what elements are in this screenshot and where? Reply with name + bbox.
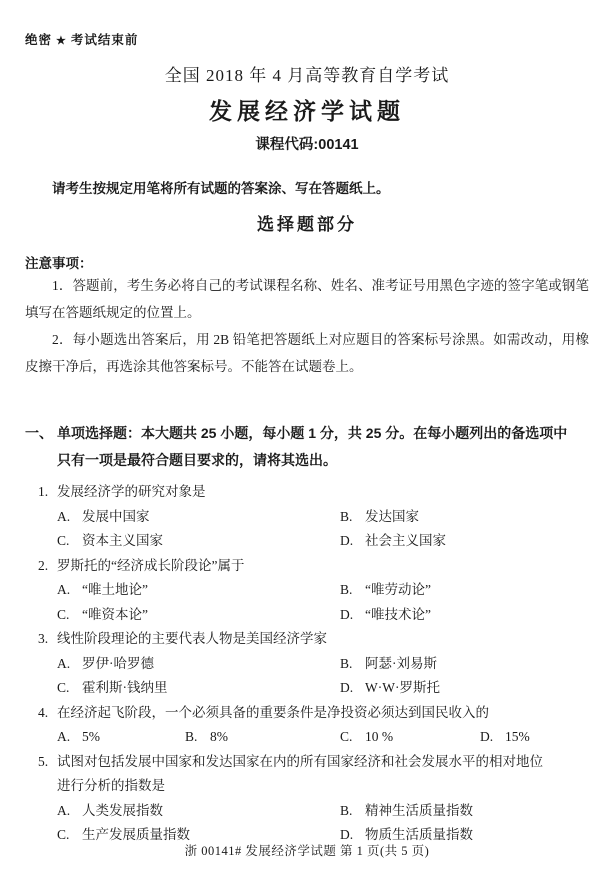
option-c: C.10 % bbox=[340, 725, 480, 750]
option-row: A.人类发展指数 B.精神生活质量指数 bbox=[57, 799, 589, 824]
note-item-1: 1．答题前，考生务必将自己的考试课程名称、姓名、准考证号用黑色字迹的签字笔或钢笔… bbox=[25, 272, 589, 326]
option-text: 罗伊·哈罗德 bbox=[82, 652, 154, 677]
option-label: D. bbox=[340, 603, 365, 628]
question-stem: 5.试图对包括发展中国家和发达国家在内的所有国家经济和社会发展水平的相对地位 bbox=[38, 750, 589, 775]
notes-title: 注意事项： bbox=[25, 252, 589, 272]
question-stem: 2.罗斯托的“经济成长阶段论”属于 bbox=[38, 554, 589, 579]
option-text: 发展中国家 bbox=[82, 505, 150, 530]
question-number: 3. bbox=[38, 627, 57, 652]
part-one-header-line2: 只有一项是最符合题目要求的，请将其选出。 bbox=[57, 447, 589, 474]
option-text: 15% bbox=[505, 725, 530, 750]
exam-paper-page: 绝密★考试结束前 全国 2018 年 4 月高等教育自学考试 发展经济学试题 课… bbox=[0, 0, 614, 877]
option-text: 霍利斯·钱纳里 bbox=[82, 676, 168, 701]
option-text: 资本主义国家 bbox=[82, 529, 163, 554]
section-title: 选择题部分 bbox=[25, 210, 589, 235]
part-one-header: 一、单项选择题：本大题共 25 小题，每小题 1 分，共 25 分。在每小题列出… bbox=[25, 420, 589, 474]
option-text: 精神生活质量指数 bbox=[365, 799, 473, 824]
option-label: B. bbox=[340, 578, 365, 603]
page-footer: 浙 00141# 发展经济学试题 第 1 页(共 5 页) bbox=[0, 841, 614, 859]
answer-sheet-instruction: 请考生按规定用笔将所有试题的答案涂、写在答题纸上。 bbox=[25, 177, 589, 197]
option-text: “唯劳动论” bbox=[365, 578, 431, 603]
option-d: D.社会主义国家 bbox=[340, 529, 446, 554]
option-label: B. bbox=[340, 799, 365, 824]
option-text: 社会主义国家 bbox=[365, 529, 446, 554]
option-row: A.罗伊·哈罗德 B.阿瑟·刘易斯 bbox=[57, 652, 589, 677]
question-2: 2.罗斯托的“经济成长阶段论”属于 A.“唯土地论” B.“唯劳动论” C.“唯… bbox=[25, 554, 589, 628]
option-label: A. bbox=[57, 505, 82, 530]
exam-title: 发展经济学试题 bbox=[25, 93, 589, 126]
option-c: C.资本主义国家 bbox=[57, 529, 340, 554]
star-icon: ★ bbox=[52, 35, 71, 47]
option-b: B.精神生活质量指数 bbox=[340, 799, 473, 824]
option-a: A.“唯土地论” bbox=[57, 578, 340, 603]
option-b: B.发达国家 bbox=[340, 505, 419, 530]
question-number: 2. bbox=[38, 554, 57, 579]
option-c: C.霍利斯·钱纳里 bbox=[57, 676, 340, 701]
option-a: A.5% bbox=[57, 725, 185, 750]
option-label: D. bbox=[340, 529, 365, 554]
option-text: “唯土地论” bbox=[82, 578, 148, 603]
option-b: B.阿瑟·刘易斯 bbox=[340, 652, 437, 677]
option-text: “唯技术论” bbox=[365, 603, 431, 628]
question-number: 1. bbox=[38, 480, 57, 505]
option-d: D.15% bbox=[480, 725, 530, 750]
option-b: B.8% bbox=[185, 725, 340, 750]
classification-label: 绝密 bbox=[25, 33, 52, 47]
option-text: W·W·罗斯托 bbox=[365, 676, 440, 701]
option-a: A.罗伊·哈罗德 bbox=[57, 652, 340, 677]
question-4: 4.在经济起飞阶段，一个必须具备的重要条件是净投资必须达到国民收入的 A.5% … bbox=[25, 701, 589, 750]
option-row: A.发展中国家 B.发达国家 bbox=[57, 505, 589, 530]
option-label: B. bbox=[185, 725, 210, 750]
option-text: 10 % bbox=[365, 725, 393, 750]
option-text: 阿瑟·刘易斯 bbox=[365, 652, 437, 677]
option-label: A. bbox=[57, 725, 82, 750]
option-a: A.发展中国家 bbox=[57, 505, 340, 530]
option-label: B. bbox=[340, 505, 365, 530]
option-text: 人类发展指数 bbox=[82, 799, 163, 824]
option-label: B. bbox=[340, 652, 365, 677]
option-row: C.“唯资本论” D.“唯技术论” bbox=[57, 603, 589, 628]
option-text: 发达国家 bbox=[365, 505, 419, 530]
option-c: C.“唯资本论” bbox=[57, 603, 340, 628]
question-number: 5. bbox=[38, 750, 57, 775]
option-d: D.“唯技术论” bbox=[340, 603, 431, 628]
option-text: 5% bbox=[82, 725, 100, 750]
question-stem-continued: 进行分析的指数是 bbox=[57, 774, 589, 799]
classification-line: 绝密★考试结束前 bbox=[25, 30, 589, 48]
option-text: “唯资本论” bbox=[82, 603, 148, 628]
option-label: C. bbox=[57, 603, 82, 628]
note-item-2: 2．每小题选出答案后，用 2B 铅笔把答题纸上对应题目的答案标号涂黑。如需改动，… bbox=[25, 326, 589, 380]
option-label: D. bbox=[340, 676, 365, 701]
option-text: 8% bbox=[210, 725, 228, 750]
option-b: B.“唯劳动论” bbox=[340, 578, 431, 603]
part-one-header-line1: 一、单项选择题：本大题共 25 小题，每小题 1 分，共 25 分。在每小题列出… bbox=[25, 420, 589, 447]
question-stem: 3.线性阶段理论的主要代表人物是美国经济学家 bbox=[38, 627, 589, 652]
option-label: C. bbox=[340, 725, 365, 750]
question-stem: 1.发展经济学的研究对象是 bbox=[38, 480, 589, 505]
exam-session-title: 全国 2018 年 4 月高等教育自学考试 bbox=[25, 61, 589, 86]
question-5: 5.试图对包括发展中国家和发达国家在内的所有国家经济和社会发展水平的相对地位 进… bbox=[25, 750, 589, 848]
option-label: A. bbox=[57, 652, 82, 677]
option-row: C.霍利斯·钱纳里 D.W·W·罗斯托 bbox=[57, 676, 589, 701]
course-code: 课程代码:00141 bbox=[25, 133, 589, 154]
question-1: 1.发展经济学的研究对象是 A.发展中国家 B.发达国家 C.资本主义国家 D.… bbox=[25, 480, 589, 554]
option-label: C. bbox=[57, 676, 82, 701]
exam-end-note: 考试结束前 bbox=[71, 33, 139, 47]
option-label: A. bbox=[57, 578, 82, 603]
option-d: D.W·W·罗斯托 bbox=[340, 676, 440, 701]
option-label: C. bbox=[57, 529, 82, 554]
option-label: D. bbox=[480, 725, 505, 750]
option-row: A.5% B.8% C.10 % D.15% bbox=[57, 725, 589, 750]
part-one-number: 一、 bbox=[25, 420, 57, 447]
question-list: 1.发展经济学的研究对象是 A.发展中国家 B.发达国家 C.资本主义国家 D.… bbox=[25, 480, 589, 848]
option-label: A. bbox=[57, 799, 82, 824]
option-row: A.“唯土地论” B.“唯劳动论” bbox=[57, 578, 589, 603]
question-3: 3.线性阶段理论的主要代表人物是美国经济学家 A.罗伊·哈罗德 B.阿瑟·刘易斯… bbox=[25, 627, 589, 701]
option-a: A.人类发展指数 bbox=[57, 799, 340, 824]
question-stem: 4.在经济起飞阶段，一个必须具备的重要条件是净投资必须达到国民收入的 bbox=[38, 701, 589, 726]
question-number: 4. bbox=[38, 701, 57, 726]
option-row: C.资本主义国家 D.社会主义国家 bbox=[57, 529, 589, 554]
